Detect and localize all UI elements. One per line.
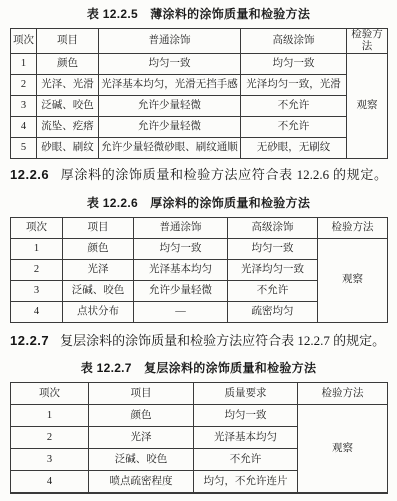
clause-number: 12.2.6 (10, 167, 49, 182)
table-cell: 流坠、疙瘩 (37, 117, 99, 138)
table-cell: 4 (11, 471, 89, 494)
table-cell: 光泽基本均匀 (194, 427, 298, 449)
table-caption-12-2-7: 表 12.2.7 复层涂料的涂饰质量和检验方法 (10, 359, 387, 376)
table-caption-12-2-6: 表 12.2.6 厚涂料的涂饰质量和检验方法 (10, 194, 387, 211)
table-cell: 1 (11, 405, 89, 427)
column-header-method: 检验方法 (298, 383, 388, 405)
column-header-item-no: 项次 (11, 29, 37, 54)
table-12-2-6: 项次 项目 普通涂饰 高级涂饰 检验方法 1 颜色 均匀一致 均匀一致 观察 2… (10, 217, 388, 323)
column-header-item-no: 项次 (11, 217, 63, 238)
table-row: 4 流坠、疙瘩 允许少量轻微 不允许 (11, 117, 388, 138)
table-cell: 3 (11, 96, 37, 117)
table-row: 1 颜色 均匀一致 观察 (11, 405, 388, 427)
table-cell: 2 (11, 259, 63, 280)
table-header-row: 项次 项目 普通涂饰 高级涂饰 检验方法 (11, 217, 388, 238)
table-row: 1 颜色 均匀一致 均匀一致 观察 (11, 238, 388, 259)
table-cell: 1 (11, 54, 37, 75)
table-12-2-7: 项次 项目 质量要求 检验方法 1 颜色 均匀一致 观察 2 光泽 光泽基本均匀… (10, 382, 388, 494)
table-cell: 光泽、光滑 (37, 75, 99, 96)
table-cell: 4 (11, 301, 63, 322)
table-row: 1 颜色 均匀一致 均匀一致 观察 (11, 54, 388, 75)
table-cell: 砂眼、刷纹 (37, 138, 99, 159)
table-cell: 5 (11, 138, 37, 159)
table-cell: 光泽基本均匀，光滑无挡手感 (99, 75, 241, 96)
column-header-item: 项目 (37, 29, 99, 54)
table-row: 5 砂眼、刷纹 允许少量轻微砂眼、刷纹通顺 无砂眼，无刷纹 (11, 138, 388, 159)
table-row: 2 光泽、光滑 光泽基本均匀，光滑无挡手感 光泽均匀一致，光滑 (11, 75, 388, 96)
table-cell: 喷点疏密程度 (89, 471, 194, 494)
method-cell: 观察 (318, 238, 388, 322)
table-cell: 不允许 (194, 449, 298, 471)
table-12-2-5: 项次 项目 普通涂饰 高级涂饰 检验方法 1 颜色 均匀一致 均匀一致 观察 2… (10, 28, 388, 159)
table-caption-12-2-5: 表 12.2.5 薄涂料的涂饰质量和检验方法 (10, 0, 387, 22)
table-cell: 不允许 (241, 117, 347, 138)
table-cell: 允许少量轻微砂眼、刷纹通顺 (99, 138, 241, 159)
table-cell: 4 (11, 117, 37, 138)
table-row: 3 泛碱、咬色 允许少量轻微 不允许 (11, 96, 388, 117)
table-cell: 点状分布 (63, 301, 134, 322)
clause-number: 12.2.7 (10, 333, 49, 348)
table-cell: 均匀一致 (99, 54, 241, 75)
table-cell: 泛碱、咬色 (37, 96, 99, 117)
table-cell: 2 (11, 75, 37, 96)
table-cell: 泛碱、咬色 (63, 280, 134, 301)
table-cell: 2 (11, 427, 89, 449)
table-cell: 允许少量轻微 (99, 117, 241, 138)
table-cell: 均匀一致 (134, 238, 228, 259)
document-page: 表 12.2.5 薄涂料的涂饰质量和检验方法 项次 项目 普通涂饰 高级涂饰 检… (0, 0, 397, 494)
clause-text: 复层涂料的涂饰质量和检验方法应符合表 12.2.7 的规定。 (60, 333, 385, 348)
table-cell: 光泽均匀一致 (228, 259, 318, 280)
table-cell: 泛碱、咬色 (89, 449, 194, 471)
table-cell: 均匀一致 (194, 405, 298, 427)
table-cell: 均匀一致 (241, 54, 347, 75)
table-cell: 均匀一致 (228, 238, 318, 259)
column-header-ordinary: 普通涂饰 (134, 217, 228, 238)
table-cell: 颜色 (89, 405, 194, 427)
table-cell: 颜色 (37, 54, 99, 75)
table-cell: 光泽 (63, 259, 134, 280)
table-cell: 允许少量轻微 (99, 96, 241, 117)
column-header-advanced: 高级涂饰 (241, 29, 347, 54)
column-header-quality: 质量要求 (194, 383, 298, 405)
table-cell: 光泽基本均匀 (134, 259, 228, 280)
table-cell: 光泽均匀一致，光滑 (241, 75, 347, 96)
method-cell: 观察 (347, 54, 388, 159)
table-cell: 允许少量轻微 (134, 280, 228, 301)
table-header-row: 项次 项目 普通涂饰 高级涂饰 检验方法 (11, 29, 388, 54)
clause-12-2-7: 12.2.7复层涂料的涂饰质量和检验方法应符合表 12.2.7 的规定。 (10, 331, 387, 351)
table-cell: 均匀，不允许连片 (194, 471, 298, 494)
table-cell: 不允许 (241, 96, 347, 117)
table-cell: — (134, 301, 228, 322)
column-header-item: 项目 (89, 383, 194, 405)
table-cell: 不允许 (228, 280, 318, 301)
table-cell: 3 (11, 449, 89, 471)
column-header-ordinary: 普通涂饰 (99, 29, 241, 54)
table-header-row: 项次 项目 质量要求 检验方法 (11, 383, 388, 405)
column-header-item-no: 项次 (11, 383, 89, 405)
column-header-item: 项目 (63, 217, 134, 238)
table-cell: 1 (11, 238, 63, 259)
table-cell: 光泽 (89, 427, 194, 449)
clause-12-2-6: 12.2.6厚涂料的涂饰质量和检验方法应符合表 12.2.6 的规定。 (10, 165, 387, 185)
column-header-method: 检验方法 (347, 29, 388, 54)
clause-text: 厚涂料的涂饰质量和检验方法应符合表 12.2.6 的规定。 (60, 167, 387, 182)
table-cell: 无砂眼，无刷纹 (241, 138, 347, 159)
method-cell: 观察 (298, 405, 388, 494)
column-header-advanced: 高级涂饰 (228, 217, 318, 238)
column-header-method: 检验方法 (318, 217, 388, 238)
table-cell: 疏密均匀 (228, 301, 318, 322)
table-cell: 3 (11, 280, 63, 301)
table-cell: 颜色 (63, 238, 134, 259)
